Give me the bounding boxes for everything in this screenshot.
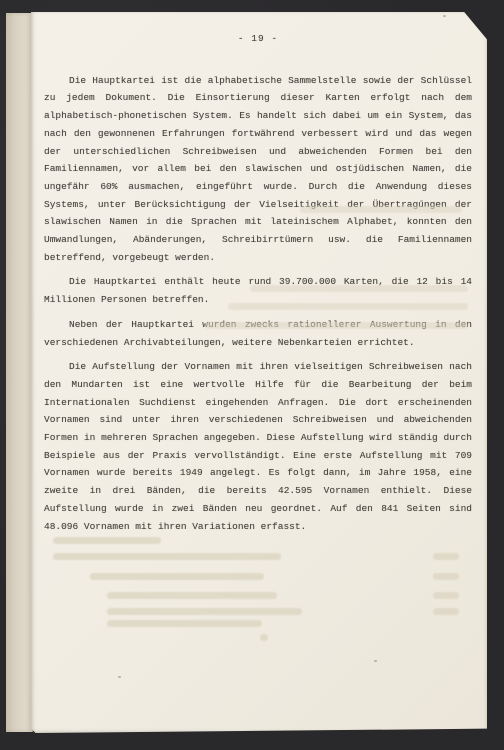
page-number: - 19 - [44,30,472,48]
bleed-through-line [433,592,459,599]
photocopied-page-scan: - 19 - Die Hauptkartei ist die alphabeti… [0,0,504,750]
bleed-through-mark [260,634,268,641]
bleed-through-line [228,303,468,310]
paragraph-vornamen-aufstellung: Die Aufstellung der Vornamen mit ihren v… [44,358,472,535]
bleed-through-line [433,553,459,560]
bleed-through-line [433,573,459,580]
bleed-through-line [107,620,262,627]
bleed-through-line [53,553,281,560]
dust-speck [443,15,446,17]
dust-speck [420,200,423,202]
bleed-through-line [90,573,264,580]
bleed-through-line [107,592,277,599]
document-page: - 19 - Die Hauptkartei ist die alphabeti… [31,12,487,733]
bleed-through-line [107,608,302,615]
underlying-page-edge [6,13,33,732]
bleed-through-line [433,608,459,615]
dust-speck [374,660,377,662]
paragraph-hauptkartei-system: Die Hauptkartei ist die alphabetische Sa… [44,72,472,267]
bleed-through-line [53,537,161,544]
bleed-through-line [300,206,462,213]
dust-speck [118,676,121,678]
bleed-through-line [250,285,468,292]
page-content: - 19 - Die Hauptkartei ist die alphabeti… [31,12,487,535]
bleed-through-line [205,322,468,329]
